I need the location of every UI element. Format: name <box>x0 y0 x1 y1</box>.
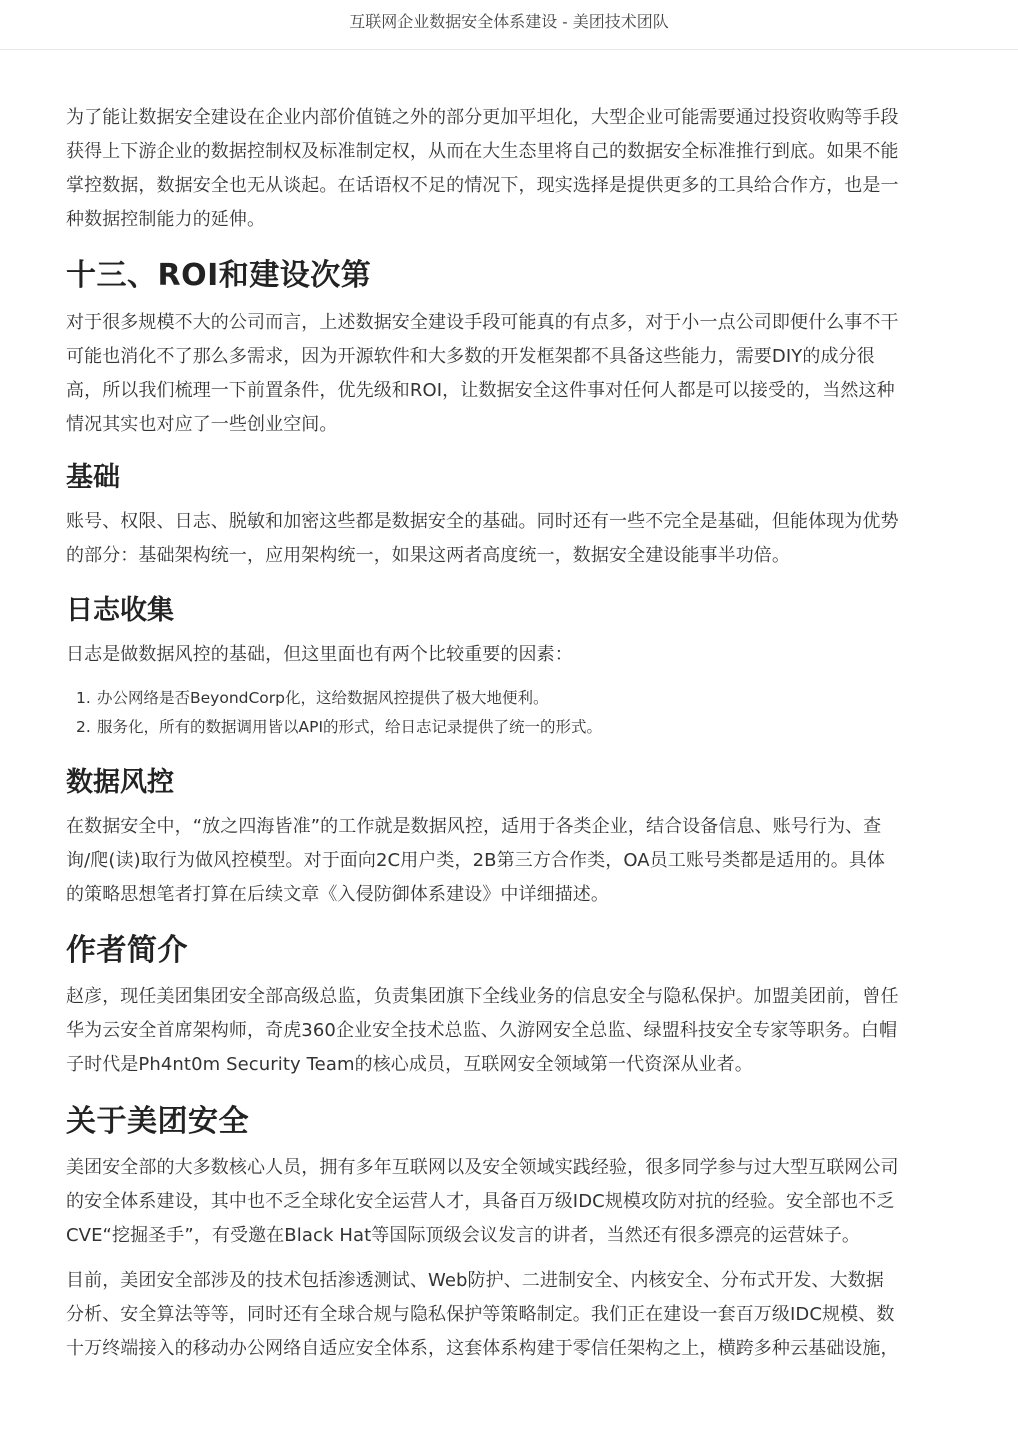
text-line: 赵彦，现任美团集团安全部高级总监，负责集团旗下全线业务的信息安全与隐私保护。加盟… <box>66 980 899 1014</box>
text-line: 种数据控制能力的延伸。 <box>66 203 899 237</box>
logging-paragraph: 日志是做数据风控的基础，但这里面也有两个比较重要的因素： <box>66 638 573 672</box>
text-line: CVE“挖掘圣手”，有受邀在Black Hat等国际顶级会议发言的讲者，当然还有… <box>66 1219 899 1253</box>
text-line: 美团安全部的大多数核心人员，拥有多年互联网以及安全领域实践经验，很多同学参与过大… <box>66 1151 899 1185</box>
text-line: 情况其实也对应了一些创业空间。 <box>66 408 899 442</box>
text-line: 子时代是Ph4nt0m Security Team的核心成员，互联网安全领域第一… <box>66 1048 899 1082</box>
text-line: 的策略思想笔者打算在后续文章《入侵防御体系建设》中详细描述。 <box>66 878 885 912</box>
list-text: 服务化，所有的数据调用皆以API的形式，给日志记录提供了统一的形式。 <box>97 718 602 736</box>
text-line: 掌控数据，数据安全也无从谈起。在话语权不足的情况下，现实选择是提供更多的工具给合… <box>66 169 899 203</box>
text-line: 高，所以我们梳理一下前置条件，优先级和ROI，让数据安全这件事对任何人都是可以接… <box>66 374 899 408</box>
text-line: 询/爬(读)取行为做风控模型。对于面向2C用户类，2B第三方合作类，OA员工账号… <box>66 844 885 878</box>
text-line: 为了能让数据安全建设在企业内部价值链之外的部分更加平坦化，大型企业可能需要通过投… <box>66 101 899 135</box>
risk-control-paragraph: 在数据安全中，“放之四海皆准”的工作就是数据风控，适用于各类企业，结合设备信息、… <box>66 810 885 912</box>
text-line: 的部分：基础架构统一，应用架构统一，如果这两者高度统一，数据安全建设能事半功倍。 <box>66 539 899 573</box>
section-heading-author: 作者简介 <box>66 929 188 973</box>
intro-paragraph: 为了能让数据安全建设在企业内部价值链之外的部分更加平坦化，大型企业可能需要通过投… <box>66 101 899 237</box>
list-number: 2. <box>76 713 97 742</box>
list-item: 2.服务化，所有的数据调用皆以API的形式，给日志记录提供了统一的形式。 <box>66 713 602 742</box>
section-heading-roi: 十三、ROI和建设次第 <box>66 254 371 298</box>
foundation-paragraph: 账号、权限、日志、脱敏和加密这些都是数据安全的基础。同时还有一些不完全是基础，但… <box>66 505 899 573</box>
text-line: 分析、安全算法等等，同时还有全球合规与隐私保护等策略制定。我们正在建设一套百万级… <box>66 1298 899 1332</box>
logging-factors-list: 1.办公网络是否BeyondCorp化，这给数据风控提供了极大地便利。 2.服务… <box>66 684 602 742</box>
text-line: 账号、权限、日志、脱敏和加密这些都是数据安全的基础。同时还有一些不完全是基础，但… <box>66 505 899 539</box>
section-heading-about: 关于美团安全 <box>66 1100 249 1144</box>
text-line: 日志是做数据风控的基础，但这里面也有两个比较重要的因素： <box>66 638 573 672</box>
document-title: 互联网企业数据安全体系建设 - 美团技术团队 <box>349 12 669 31</box>
text-line: 的安全体系建设，其中也不乏全球化安全运营人才，具备百万级IDC规模攻防对抗的经验… <box>66 1185 899 1219</box>
roi-paragraph: 对于很多规模不大的公司而言，上述数据安全建设手段可能真的有点多，对于小一点公司即… <box>66 306 899 442</box>
list-text: 办公网络是否BeyondCorp化，这给数据风控提供了极大地便利。 <box>97 689 549 707</box>
about-paragraph-2: 目前，美团安全部涉及的技术包括渗透测试、Web防护、二进制安全、内核安全、分布式… <box>66 1264 899 1366</box>
list-item: 1.办公网络是否BeyondCorp化，这给数据风控提供了极大地便利。 <box>66 684 602 713</box>
text-line: 在数据安全中，“放之四海皆准”的工作就是数据风控，适用于各类企业，结合设备信息、… <box>66 810 885 844</box>
text-line: 目前，美团安全部涉及的技术包括渗透测试、Web防护、二进制安全、内核安全、分布式… <box>66 1264 899 1298</box>
text-line: 十万终端接入的移动办公网络自适应安全体系，这套体系构建于零信任架构之上，横跨多种… <box>66 1332 899 1366</box>
text-line: 可能也消化不了那么多需求，因为开源软件和大多数的开发框架都不具备这些能力，需要D… <box>66 340 899 374</box>
author-paragraph: 赵彦，现任美团集团安全部高级总监，负责集团旗下全线业务的信息安全与隐私保护。加盟… <box>66 980 899 1082</box>
section-heading-logging: 日志收集 <box>66 591 174 631</box>
text-line: 华为云安全首席架构师，奇虎360企业安全技术总监、久游网安全总监、绿盟科技安全专… <box>66 1014 899 1048</box>
text-line: 对于很多规模不大的公司而言，上述数据安全建设手段可能真的有点多，对于小一点公司即… <box>66 306 899 340</box>
section-heading-foundation: 基础 <box>66 458 120 498</box>
text-line: 获得上下游企业的数据控制权及标准制定权，从而在大生态里将自己的数据安全标准推行到… <box>66 135 899 169</box>
section-heading-risk-control: 数据风控 <box>66 763 174 803</box>
about-paragraph-1: 美团安全部的大多数核心人员，拥有多年互联网以及安全领域实践经验，很多同学参与过大… <box>66 1151 899 1253</box>
list-number: 1. <box>76 684 97 713</box>
print-header: 互联网企业数据安全体系建设 - 美团技术团队 <box>0 0 1018 50</box>
